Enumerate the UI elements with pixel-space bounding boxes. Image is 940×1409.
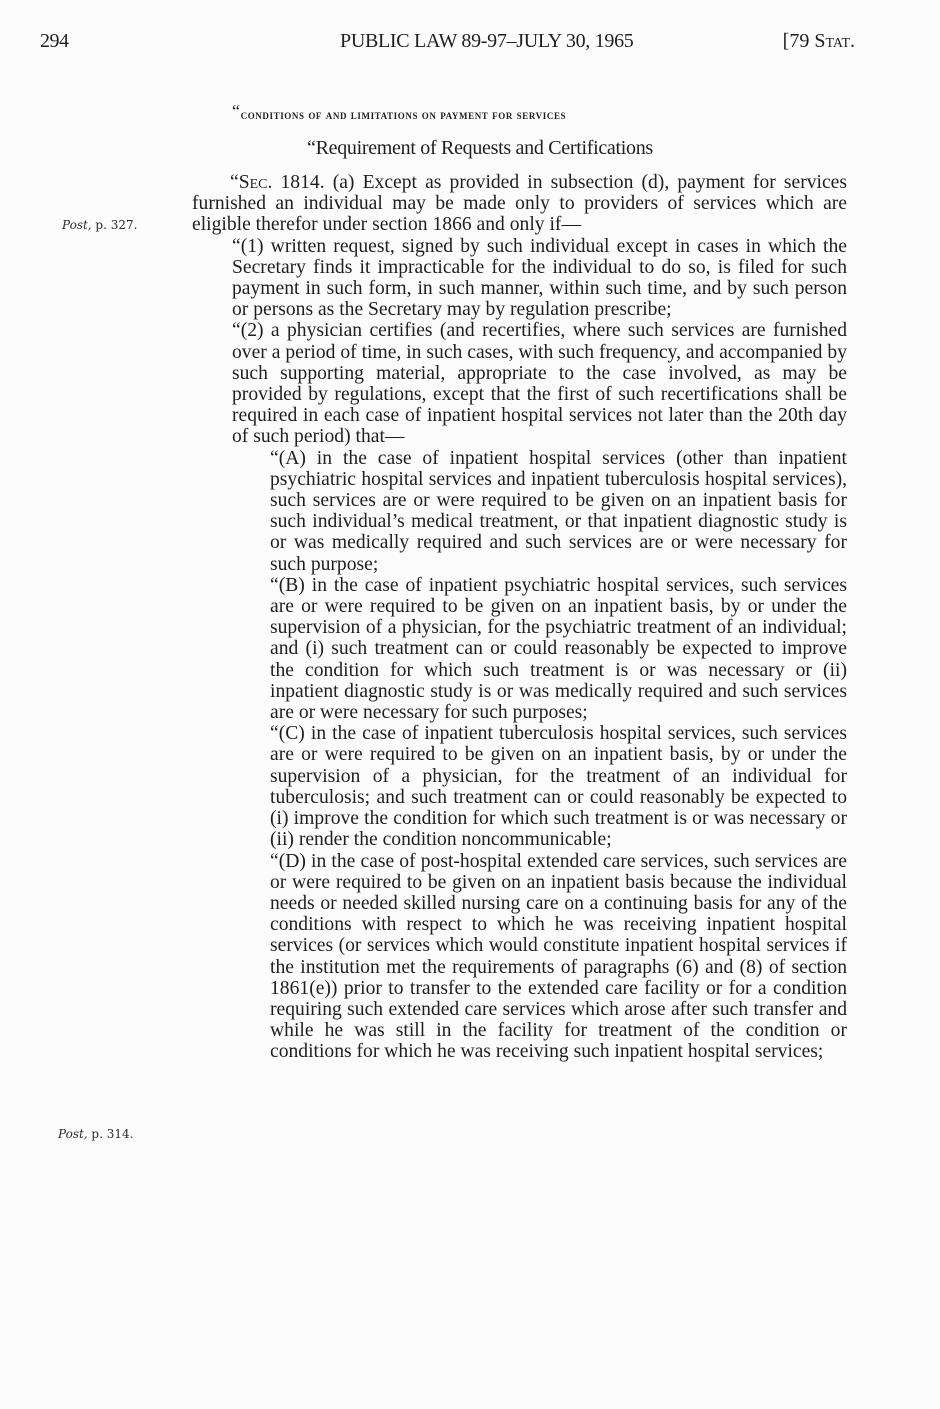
section-open-quote: “ [230,172,239,193]
clause-2: “(2) a physician certifies (and recertif… [192,320,847,447]
margin-note-page: p. 314. [88,1127,134,1141]
margin-note-post-314: Post, p. 314. [58,1127,133,1141]
volume-stat: Stat. [814,30,855,52]
page-number: 294 [40,30,69,53]
margin-note-post-327: Post, p. 327. [62,218,137,232]
subclause-B: “(B) in the case of inpatient psychiatri… [192,575,847,723]
margin-note-page: p. 327. [92,218,138,232]
subclause-C: “(C) in the case of inpatient tuberculos… [192,723,847,850]
statute-body: “Sec. 1814. (a) Except as provided in su… [192,172,847,1063]
section-text: . 1814. (a) Except as provided in subsec… [192,172,847,235]
clause-1: “(1) written request, signed by such ind… [192,236,847,321]
subclause-A: “(A) in the case of inpatient hospital s… [192,448,847,575]
document-page: 294 PUBLIC LAW 89-97–JULY 30, 1965 [79 S… [0,0,940,1409]
part-heading-quote: “ [232,101,241,121]
volume-reference: [79 Stat. [783,30,855,53]
page-header: 294 PUBLIC LAW 89-97–JULY 30, 1965 [79 S… [40,30,855,60]
part-heading-text: CONDITIONS OF AND LIMITATIONS ON PAYMENT… [241,108,567,122]
volume-prefix: [79 [783,30,815,52]
section-label: Sec [239,172,268,193]
margin-note-label: Post, [58,1127,88,1141]
margin-note-label: Post, [62,218,92,232]
running-title: PUBLIC LAW 89-97–JULY 30, 1965 [340,30,634,53]
section-heading: “Requirement of Requests and Certificati… [307,137,653,160]
section-1814a-paragraph: “Sec. 1814. (a) Except as provided in su… [192,172,847,236]
part-heading: “CONDITIONS OF AND LIMITATIONS ON PAYMEN… [232,101,566,123]
subclause-D: “(D) in the case of post-hospital extend… [192,851,847,1063]
